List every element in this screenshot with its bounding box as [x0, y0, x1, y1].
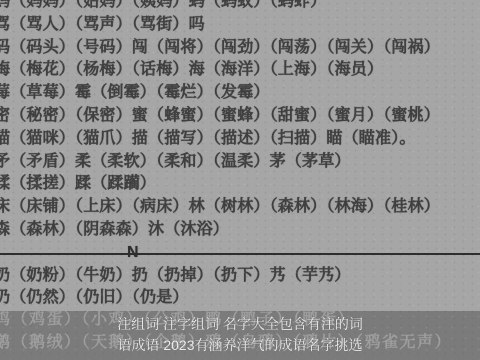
word-list-line: 猫（猫咪）（猫爪）描（描写）（描述）（扫描）瞄（瞄准）。 [0, 128, 480, 151]
word-list-line: 梅（梅花）（杨梅）（话梅）海（海洋）（上海）（海员） [0, 59, 480, 82]
caption-line-2: 语成语 2023有涵养洋气的成语名字挑选 [0, 335, 480, 356]
word-list-line: 妈（妈妈）（姑妈）（姨妈）蚂（蚂蚁）（蚂蚱） [0, 0, 480, 14]
word-list-line: 矛（矛盾）柔（柔软）（柔和）（温柔）茅（茅草） [0, 151, 480, 174]
word-list-line: 骂（骂人）（骂声）（骂街）吗 [0, 14, 480, 37]
word-list-line: 揉（揉搓）蹂（蹂躏） [0, 173, 480, 196]
word-list-line: 森（森林）（阴森森）沐（沐浴） [0, 219, 480, 242]
section-divider-line [0, 253, 480, 255]
section-divider-label: N [127, 242, 139, 265]
word-list-line: 床（床铺）（上床）（病床）林（树林）（森林）（林海）（桂林） [0, 196, 480, 219]
watermark-caption: 注组词 注字组词 名字大全包含有注的词 语成语 2023有涵养洋气的成语名字挑选 [0, 311, 480, 360]
word-list-line: 密（秘密）（保密）蜜（蜂蜜）（蜜蜂）（甜蜜）（蜜月）（蜜桃） [0, 105, 480, 128]
word-list-line: 仍（仍然）（仍旧）（仍是） [0, 287, 480, 310]
word-list-page: 妈（妈妈）（姑妈）（姨妈）蚂（蚂蚁）（蚂蚱） 骂（骂人）（骂声）（骂街）吗 码（… [0, 0, 480, 310]
word-list-line: 莓（草莓）霉（倒霉）（霉烂）（发霉） [0, 82, 480, 105]
section-divider-n: N [0, 242, 480, 265]
caption-overlay-bar: 鸡（鸡蛋）（小鸡）（公鸡）鸭（鸭子）（鸭蛋） 鹅（鹅绒）（天鹅）（企鹅）鸦（乌鸦… [0, 311, 480, 360]
caption-line-1: 注组词 注字组词 名字大全包含有注的词 [0, 314, 480, 335]
word-list-line: 码（码头）（号码）闯（闯将）（闯劲）（闯荡）（闯关）（闯祸） [0, 37, 480, 60]
word-list-line: 奶（奶粉）（牛奶）扔（扔掉）（扔下）艿（芋艿） [0, 265, 480, 288]
